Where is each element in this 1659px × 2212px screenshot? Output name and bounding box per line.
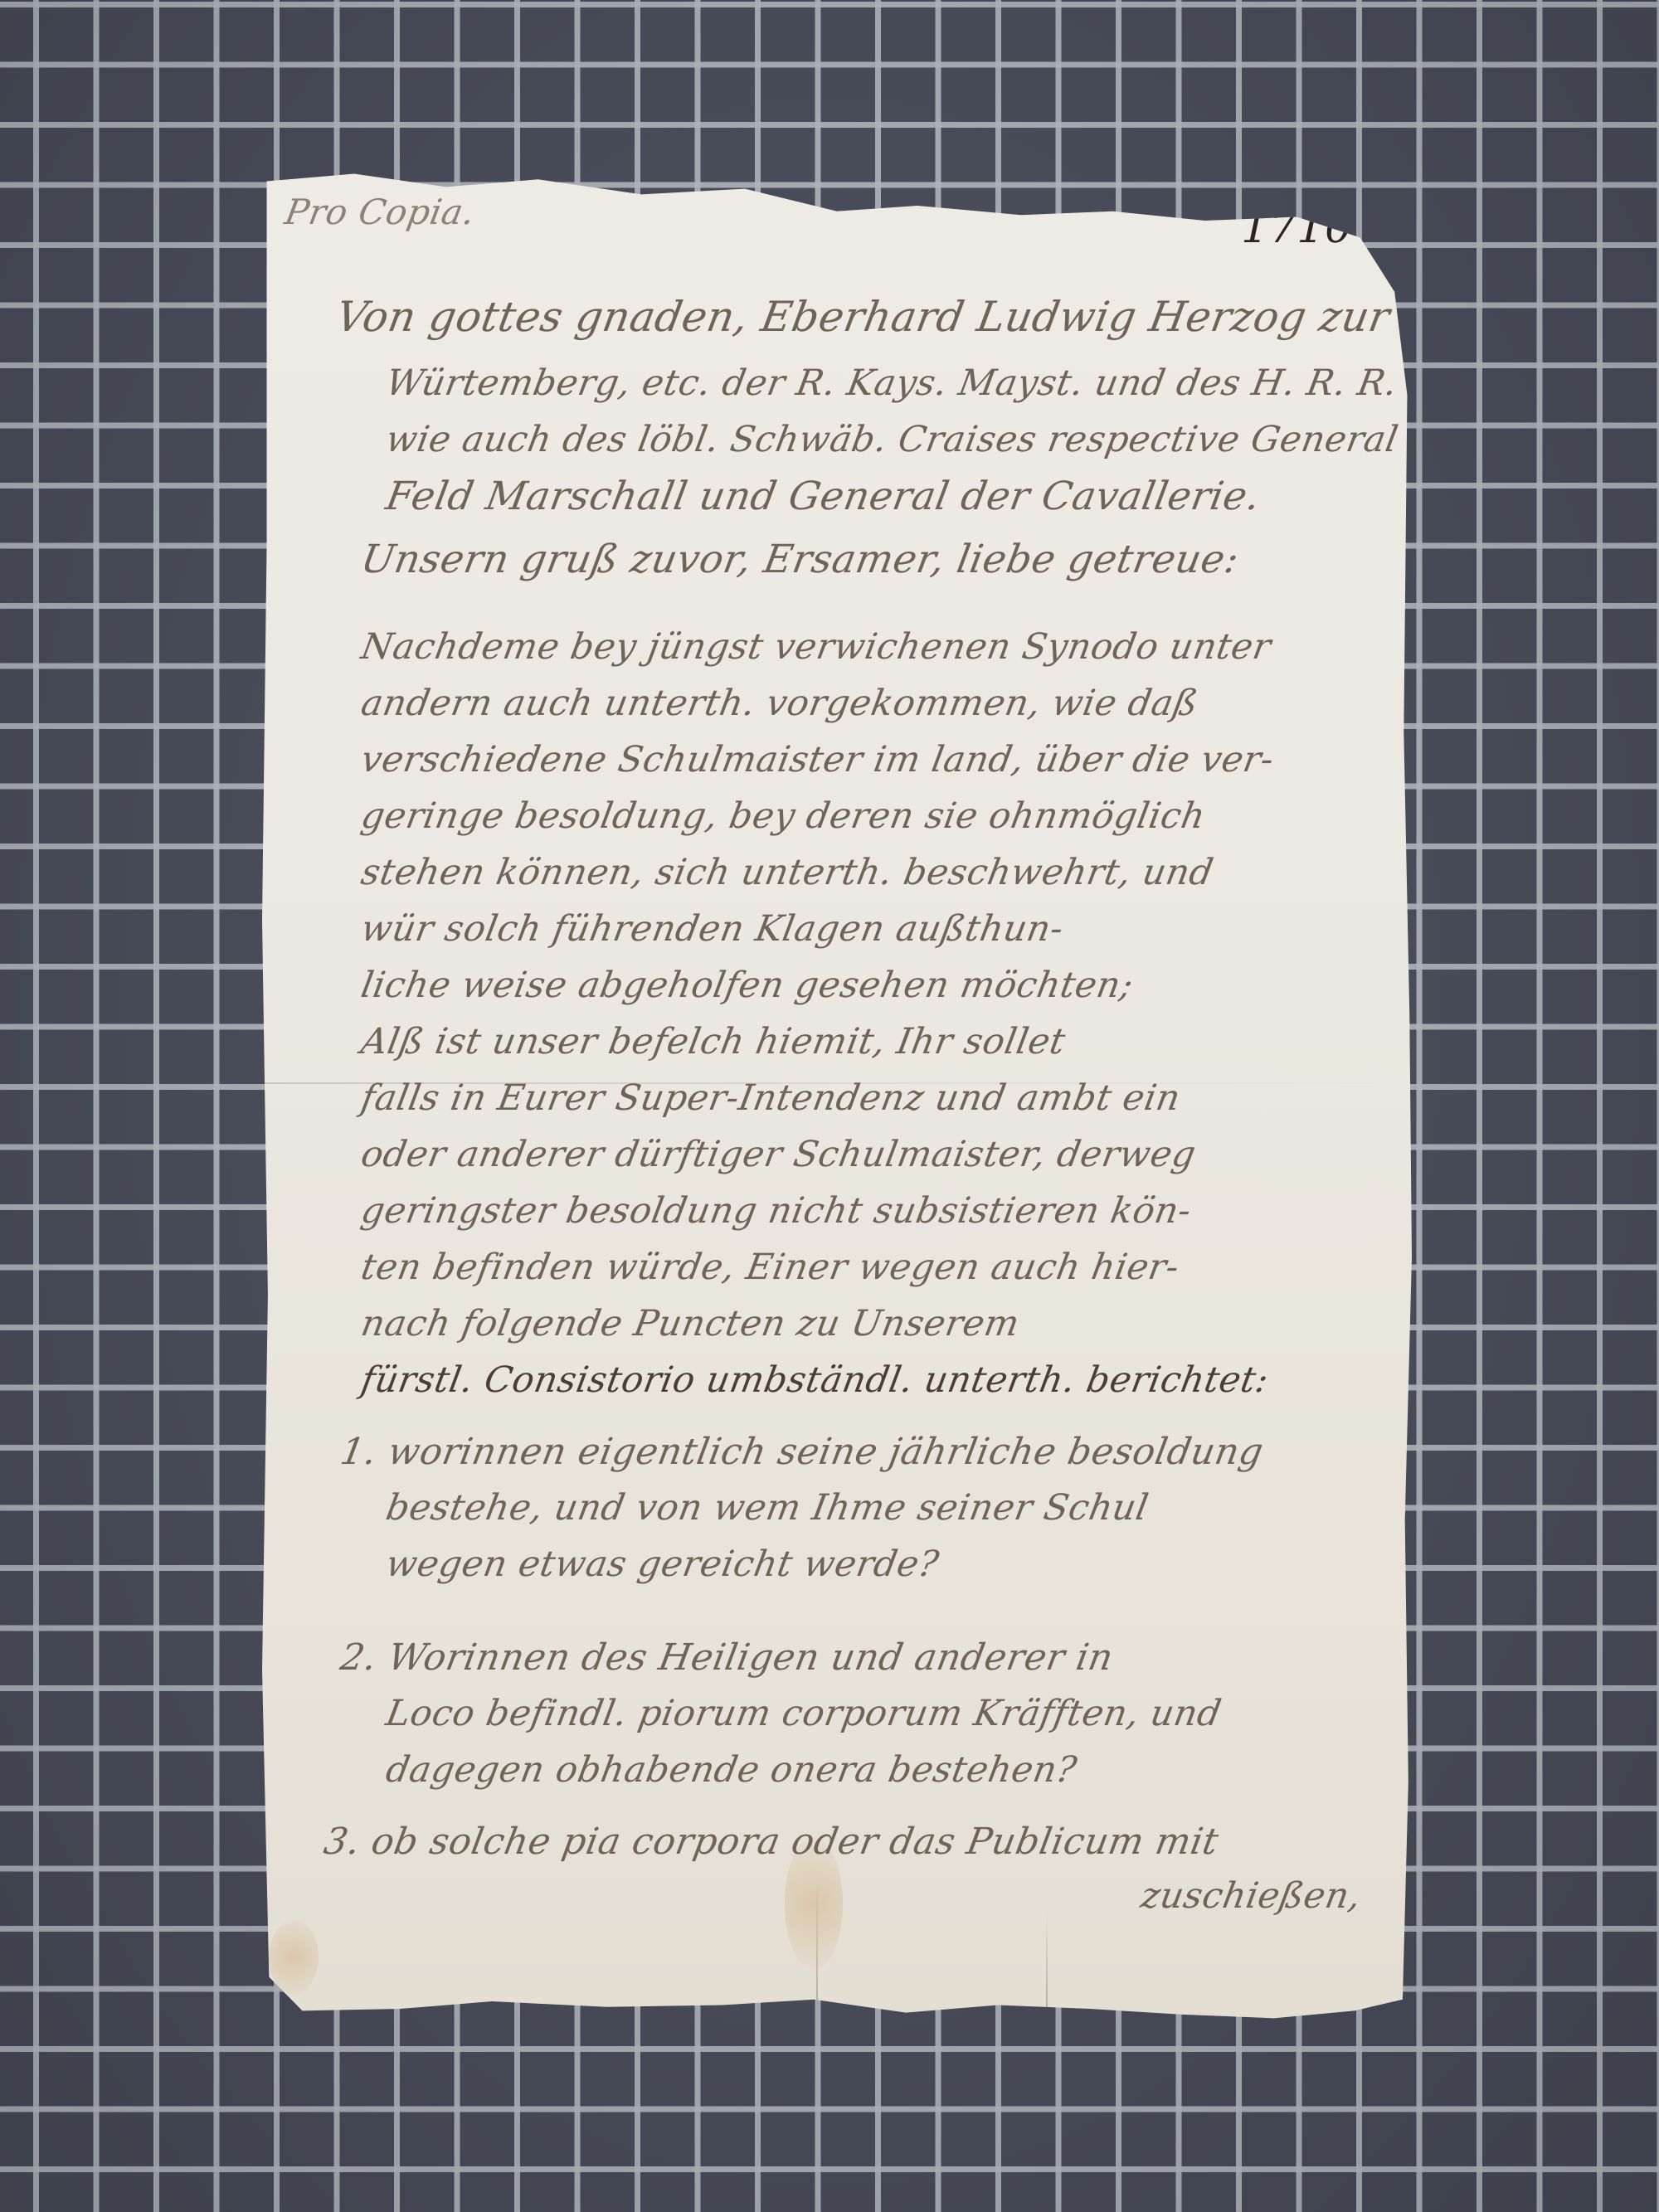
edge-tear [816,1879,818,2003]
question-number: 3. [321,1821,364,1863]
question-text: worinnen eigentlich seine jährliche beso… [385,1431,1267,1473]
title-line: Von gottes gnaden, Eberhard Ludwig Herzo… [333,293,1394,341]
body-line: wür solch führenden Klagen außthun- [358,908,1067,950]
body-line: ten befinden würde, Einer wegen auch hie… [358,1247,1183,1288]
question-text: ob solche pia corpora oder das Publicum … [368,1821,1222,1863]
question-1: 1. worinnen eigentlich seine jährliche b… [338,1431,1267,1473]
water-stain [269,1920,319,1995]
title-line: Feld Marschall und General der Cavalleri… [382,474,1263,519]
body-line: Nachdeme bey jüngst verwichenen Synodo u… [358,626,1275,668]
body-line: liche weise abgeholfen gesehen möchten; [358,965,1136,1006]
question-line: dagegen obhabende onera bestehen? [383,1749,1080,1791]
question-2: 2. Worinnen des Heiligen und anderer in [338,1636,1117,1679]
body-line: andern auch unterth. vorgekommen, wie da… [358,683,1202,724]
body-line: verschiedene Schulmaister im land, über … [358,739,1277,780]
catchword: zuschießen, [1138,1875,1365,1917]
question-3: 3. ob solche pia corpora oder das Public… [321,1821,1222,1863]
body-line: falls in Eurer Super-Intendenz und ambt … [358,1077,1184,1119]
title-line: Würtemberg, etc. der R. Kays. Mayst. und… [383,362,1401,404]
body-line: Alß ist unser befelch hiemit, Ihr sollet [358,1021,1069,1062]
question-number: 1. [338,1431,381,1473]
body-line: nach folgende Puncten zu Unserem [358,1303,1023,1344]
salutation: Unsern gruß zuvor, Ersamer, liebe getreu… [358,537,1243,582]
edge-tear [1046,1912,1048,2011]
manuscript-page: Pro Copia. 1710 Von gottes gnaden, Eberh… [262,170,1412,2044]
year-annotation: 1710 [1236,203,1358,253]
body-line: oder anderer dürftiger Schulmaister, der… [358,1134,1199,1175]
question-line: wegen etwas gereicht werde? [383,1544,942,1585]
body-line: geringe besoldung, bey deren sie ohnmögl… [358,795,1209,837]
body-line: stehen können, sich unterth. beschwehrt,… [358,852,1217,893]
question-text: Worinnen des Heiligen und anderer in [385,1636,1117,1679]
question-line: Loco befindl. piorum corporum Kräfften, … [383,1693,1225,1734]
body-line: fürstl. Consistorio umbständl. unterth. … [358,1359,1272,1401]
body-line: geringster besoldung nicht subsistieren … [358,1190,1194,1232]
question-line: bestehe, und von wem Ihme seiner Schul [383,1487,1152,1529]
question-number: 2. [338,1636,381,1679]
copy-note: Pro Copia. [282,192,479,232]
title-line: wie auch des löbl. Schwäb. Craises respe… [383,419,1402,460]
